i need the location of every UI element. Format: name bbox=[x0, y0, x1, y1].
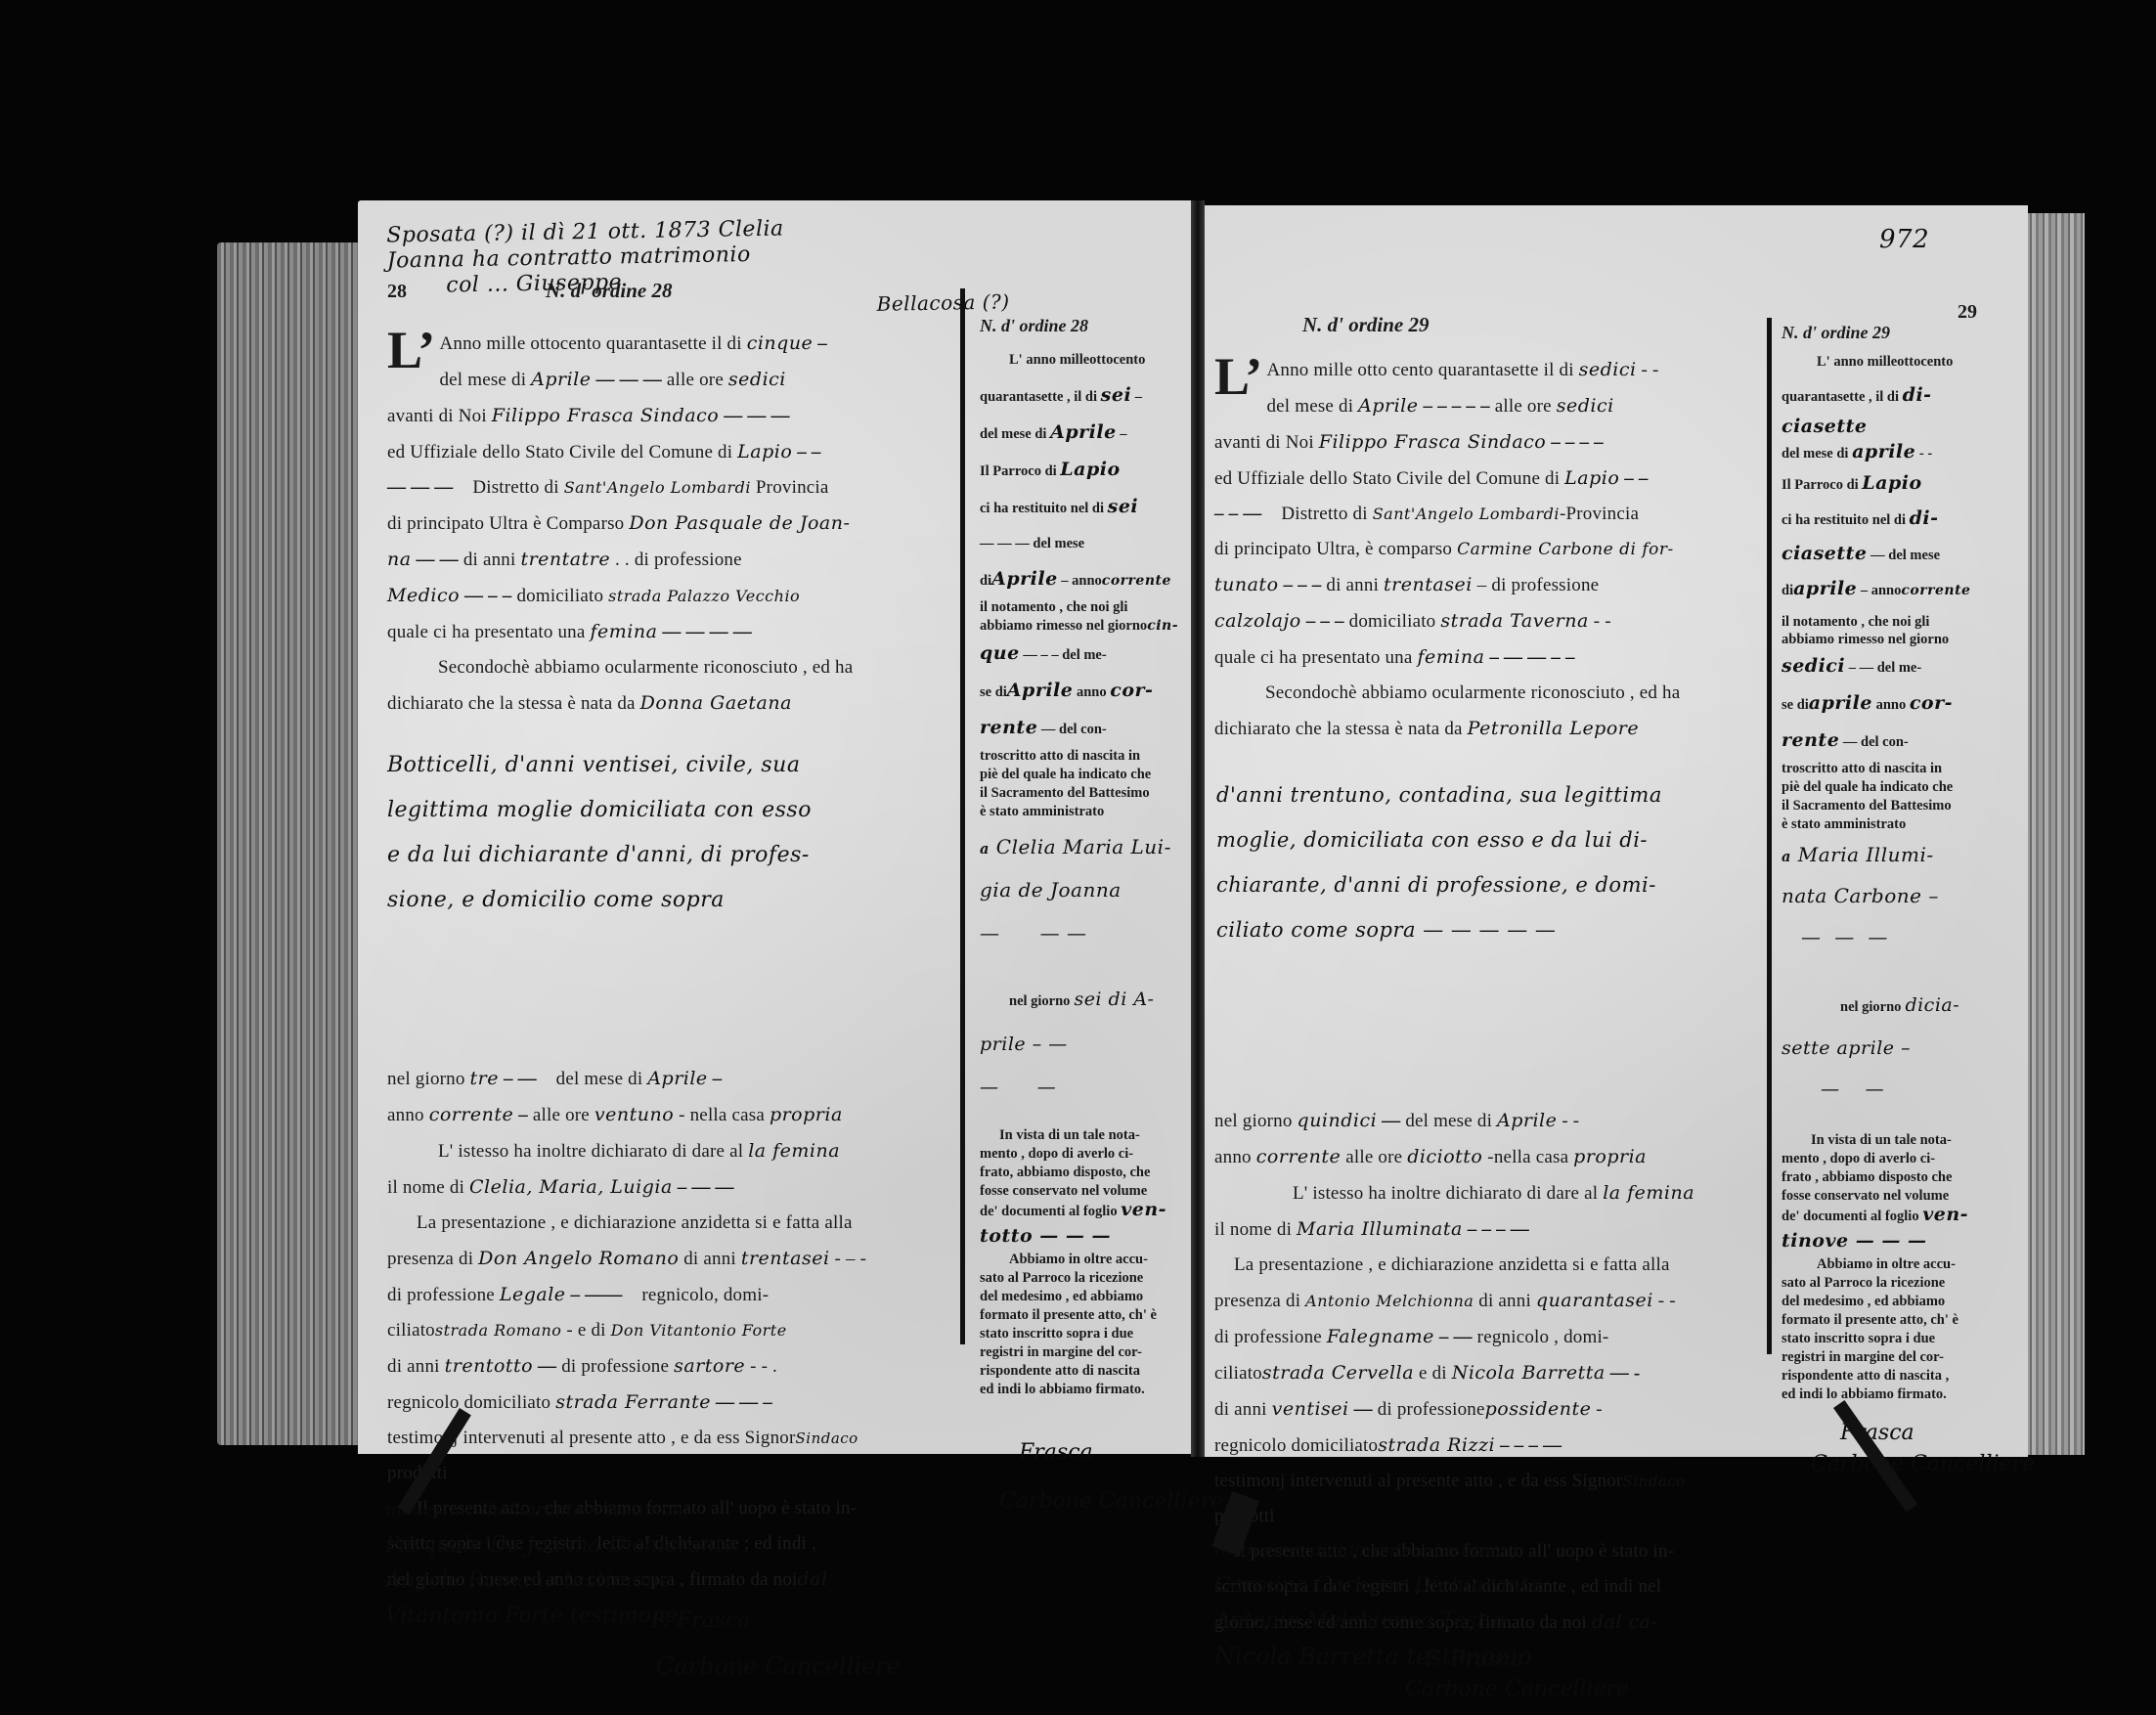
drop-cap-l: L’ bbox=[1214, 356, 1262, 397]
margin-signature-chancellor: Carbone Cancelliere bbox=[980, 1477, 1175, 1526]
archive-stamp-number: 972 bbox=[1879, 225, 1929, 254]
birth-record-main: L’ Anno mille ottocento quarantasette il… bbox=[387, 326, 954, 722]
page-number: 28 bbox=[387, 281, 407, 303]
book-page-edges-left bbox=[217, 242, 364, 1445]
book-gutter bbox=[1191, 200, 1205, 1457]
child-name: Maria Illuminata bbox=[1297, 1218, 1463, 1240]
signature-chancellor: Carbone Cancelliere bbox=[656, 1652, 901, 1680]
mother-description-handwritten: Botticelli, d'anni ventisei, civile, sua… bbox=[387, 743, 812, 923]
signature-witness-1: Antonio Melchionna Test.o bbox=[1214, 1604, 1543, 1639]
column-divider bbox=[960, 288, 965, 1344]
signature-mayor: F. Frasca bbox=[1425, 1648, 1523, 1672]
left-page: Sposata (?) il dì 21 ott. 1873 Clelia Jo… bbox=[358, 200, 1191, 1454]
signature-declarant: Pasquale De Joanna Dichiarante bbox=[385, 1528, 736, 1563]
drop-cap-l: L’ bbox=[387, 330, 435, 371]
book-page-edges-right bbox=[2026, 213, 2085, 1455]
signature-mayor: F. Frasca bbox=[651, 1608, 750, 1633]
column-divider bbox=[1767, 318, 1772, 1354]
margin-signature-mayor: Frasca bbox=[1782, 1418, 2002, 1449]
margin-signature-mayor: Frasca bbox=[980, 1429, 1175, 1477]
signature-declarant: Carmine Carbone Dichiarante bbox=[1214, 1568, 1543, 1604]
page-number: 29 bbox=[1958, 301, 1977, 324]
marginal-marriage-note: Sposata (?) il dì 21 ott. 1873 Clelia Jo… bbox=[386, 212, 1010, 325]
baptism-margin-record: N. d' ordine 29 L' anno milleottocento q… bbox=[1782, 323, 2002, 1480]
mother-description-handwritten: d'anni trentuno, contadina, sua legittim… bbox=[1216, 772, 1662, 952]
record-number-header: N. d' ordine 28 bbox=[546, 279, 673, 303]
birth-record-main: L’ Anno mille otto cento quarantasette i… bbox=[1214, 352, 1772, 747]
signature-chancellor: Carbone Cancelliere bbox=[1405, 1677, 1629, 1701]
child-name: Clelia, Maria, Luigia bbox=[469, 1176, 673, 1198]
record-number-header: N. d' ordine 29 bbox=[1302, 313, 1430, 337]
signature-witness-1: Angelo Romano testimone bbox=[385, 1563, 736, 1599]
baptism-margin-record: N. d' ordine 28 L' anno milleottocento q… bbox=[980, 316, 1175, 1526]
right-page: 972 29 N. d' ordine 29 L’ Anno mille ott… bbox=[1205, 205, 2028, 1457]
